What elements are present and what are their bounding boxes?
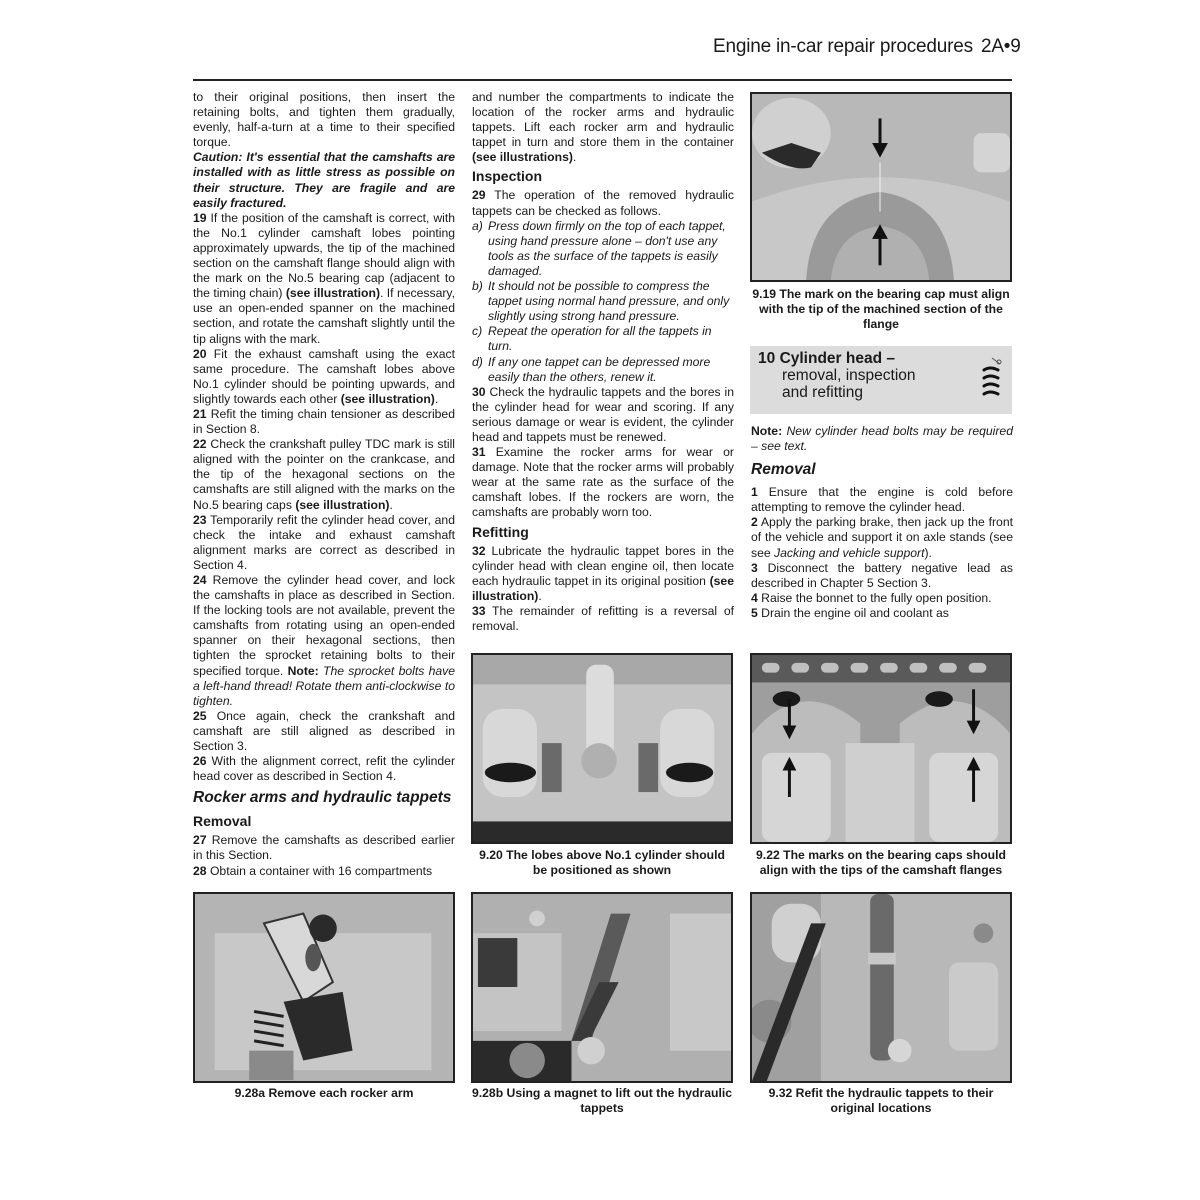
rocker-arm-photo-icon — [195, 894, 453, 1081]
step-number: 1 — [751, 485, 758, 499]
list-label: a) — [472, 219, 488, 279]
figure-9-19-caption: 9.19 The mark on the bearing cap must al… — [750, 287, 1012, 332]
figure-9-28b-photo — [471, 892, 733, 1083]
figure-9-22-photo — [750, 653, 1012, 844]
step-22: 22 Check the crankshaft pulley TDC mark … — [193, 437, 455, 512]
column-1: to their original positions, then insert… — [193, 90, 455, 879]
step-number: 21 — [193, 407, 207, 421]
step-text: Drain the engine oil and coolant as — [761, 606, 949, 620]
magnet-tappet-photo-icon — [473, 894, 731, 1081]
note: Note: New cylinder head bolts may be req… — [751, 424, 1013, 454]
step-30: 30 Check the hydraulic tappets and the b… — [472, 385, 734, 445]
list-text: If any one tappet can be depressed more … — [488, 355, 734, 385]
section-title: 10 Cylinder head – — [758, 350, 895, 367]
list-item: a)Press down firmly on the top of each t… — [472, 219, 734, 279]
illustration-ref: (see illustration) — [295, 498, 389, 512]
step-text: Temporarily refit the cylinder head cove… — [193, 513, 455, 572]
step-text: . — [435, 392, 438, 406]
step-21: 21 Refit the timing chain tensioner as d… — [193, 407, 455, 437]
step-33: 33 The remainder of refitting is a rever… — [472, 604, 734, 634]
figure-9-28a-caption: 9.28a Remove each rocker arm — [193, 1086, 455, 1101]
step-text: Lubricate the hydraulic tappet bores in … — [472, 544, 734, 588]
column-3: Note: New cylinder head bolts may be req… — [751, 424, 1013, 621]
step-2: 2 Apply the parking brake, then jack up … — [751, 515, 1013, 560]
step-number: 4 — [751, 591, 758, 605]
section-title-line: and refitting — [782, 384, 863, 401]
chapter-title: Engine in-car repair procedures — [713, 36, 973, 57]
list-text: It should not be possible to compress th… — [488, 279, 734, 324]
step-31: 31 Examine the rocker arms for wear or d… — [472, 445, 734, 520]
step-23: 23 Temporarily refit the cylinder head c… — [193, 513, 455, 573]
list-item: d)If any one tappet can be depressed mor… — [472, 355, 734, 385]
step-19: 19 If the position of the camshaft is co… — [193, 211, 455, 347]
page-header: Engine in-car repair procedures2A•9 — [713, 36, 1021, 58]
figure-9-28b-caption: 9.28b Using a magnet to lift out the hyd… — [471, 1086, 733, 1116]
step-20: 20 Fit the exhaust camshaft using the ex… — [193, 347, 455, 407]
step-text: The operation of the removed hydraulic t… — [472, 188, 734, 217]
camshaft-lobes-photo-icon — [473, 655, 731, 842]
step-text: With the alignment correct, refit the cy… — [193, 754, 455, 783]
page-number: 2A•9 — [981, 36, 1021, 57]
column-2: and number the compartments to indicate … — [472, 90, 734, 634]
figure-9-20-caption: 9.20 The lobes above No.1 cylinder shoul… — [471, 848, 733, 878]
step-text: ). — [924, 546, 931, 560]
step-text: Once again, check the crankshaft and cam… — [193, 709, 455, 753]
step-25: 25 Once again, check the crankshaft and … — [193, 709, 455, 754]
subheading-removal: Removal — [193, 813, 455, 830]
step-number: 2 — [751, 515, 758, 529]
subheading-removal: Removal — [751, 460, 1013, 479]
list-label: c) — [472, 324, 488, 354]
subheading-refitting: Refitting — [472, 524, 734, 541]
figure-9-28a-photo — [193, 892, 455, 1083]
note-text: New cylinder head bolts may be required … — [751, 424, 1013, 453]
figure-9-32-photo — [750, 892, 1012, 1083]
step-text: Check the hydraulic tappets and the bore… — [472, 385, 734, 444]
step-text: Disconnect the battery negative lead as … — [751, 561, 1013, 590]
step-28: 28 Obtain a container with 16 compartmen… — [193, 864, 455, 879]
figure-9-32-caption: 9.32 Refit the hydraulic tappets to thei… — [750, 1086, 1012, 1116]
step-text: . — [538, 589, 541, 603]
step-number: 29 — [472, 188, 486, 202]
step-number: 30 — [472, 385, 486, 399]
step-number: 33 — [472, 604, 486, 618]
step-4: 4 Raise the bonnet to the fully open pos… — [751, 591, 1013, 606]
list-text: Press down firmly on the top of each tap… — [488, 219, 734, 279]
bearing-caps-photo-icon — [752, 655, 1010, 842]
figure-9-19-photo — [750, 92, 1012, 282]
paragraph-text: . — [573, 150, 576, 164]
step-32: 32 Lubricate the hydraulic tappet bores … — [472, 544, 734, 604]
step-number: 25 — [193, 709, 207, 723]
step-text: The remainder of refitting is a reversal… — [472, 604, 734, 633]
step-text: Obtain a container with 16 compartments — [210, 864, 432, 878]
step-number: 5 — [751, 606, 758, 620]
step-text: Ensure that the engine is cold before at… — [751, 485, 1013, 514]
step-text: Remove the cylinder head cover, and lock… — [193, 573, 455, 678]
list-label: d) — [472, 355, 488, 385]
step-number: 3 — [751, 561, 758, 575]
step-29: 29 The operation of the removed hydrauli… — [472, 188, 734, 218]
illustration-ref: (see illustrations) — [472, 150, 573, 164]
step-text: Refit the timing chain tensioner as desc… — [193, 407, 455, 436]
step-text: . — [389, 498, 392, 512]
note-label: Note: — [751, 424, 782, 438]
step-number: 23 — [193, 513, 207, 527]
section-title-line: removal, inspection — [782, 367, 916, 384]
step-number: 24 — [193, 573, 207, 587]
section-title-line: Cylinder head – — [780, 350, 895, 367]
step-26: 26 With the alignment correct, refit the… — [193, 754, 455, 784]
header-rule — [193, 79, 1012, 81]
step-number: 22 — [193, 437, 207, 451]
illustration-ref: (see illustration) — [341, 392, 435, 406]
bearing-cap-photo-icon — [752, 94, 1010, 280]
illustration-ref: (see illustration) — [286, 286, 380, 300]
step-text: Examine the rocker arms for wear or dama… — [472, 445, 734, 519]
step-5: 5 Drain the engine oil and coolant as — [751, 606, 1013, 621]
paragraph-text: and number the compartments to indicate … — [472, 90, 734, 149]
paragraph: and number the compartments to indicate … — [472, 90, 734, 165]
list-label: b) — [472, 279, 488, 324]
note-label: Note: — [288, 664, 319, 678]
step-number: 26 — [193, 754, 207, 768]
caution-note: Caution: It's essential that the camshaf… — [193, 150, 455, 210]
figure-9-20-photo — [471, 653, 733, 844]
step-number: 31 — [472, 445, 486, 459]
section-10-header: 10 Cylinder head – removal, inspection a… — [750, 346, 1012, 414]
list-text: Repeat the operation for all the tappets… — [488, 324, 734, 354]
step-number: 28 — [193, 864, 207, 878]
step-number: 19 — [193, 211, 207, 225]
section-heading: Rocker arms and hydraulic tappets — [193, 788, 455, 807]
list-item: c)Repeat the operation for all the tappe… — [472, 324, 734, 354]
step-number: 20 — [193, 347, 207, 361]
step-24: 24 Remove the cylinder head cover, and l… — [193, 573, 455, 709]
step-text: Raise the bonnet to the fully open posit… — [761, 591, 991, 605]
refit-tappet-photo-icon — [752, 894, 1010, 1081]
step-number: 27 — [193, 833, 207, 847]
list-item: b)It should not be possible to compress … — [472, 279, 734, 324]
step-3: 3 Disconnect the battery negative lead a… — [751, 561, 1013, 591]
cross-reference: Jacking and vehicle support — [774, 546, 924, 560]
section-number: 10 — [758, 350, 775, 367]
subheading-inspection: Inspection — [472, 168, 734, 185]
step-1: 1 Ensure that the engine is cold before … — [751, 485, 1013, 515]
step-number: 32 — [472, 544, 486, 558]
step-text: Remove the camshafts as described earlie… — [193, 833, 455, 862]
figure-9-22-caption: 9.22 The marks on the bearing caps shoul… — [750, 848, 1012, 878]
difficulty-spanners-icon — [980, 356, 1002, 404]
step-27: 27 Remove the camshafts as described ear… — [193, 833, 455, 863]
paragraph: to their original positions, then insert… — [193, 90, 455, 150]
